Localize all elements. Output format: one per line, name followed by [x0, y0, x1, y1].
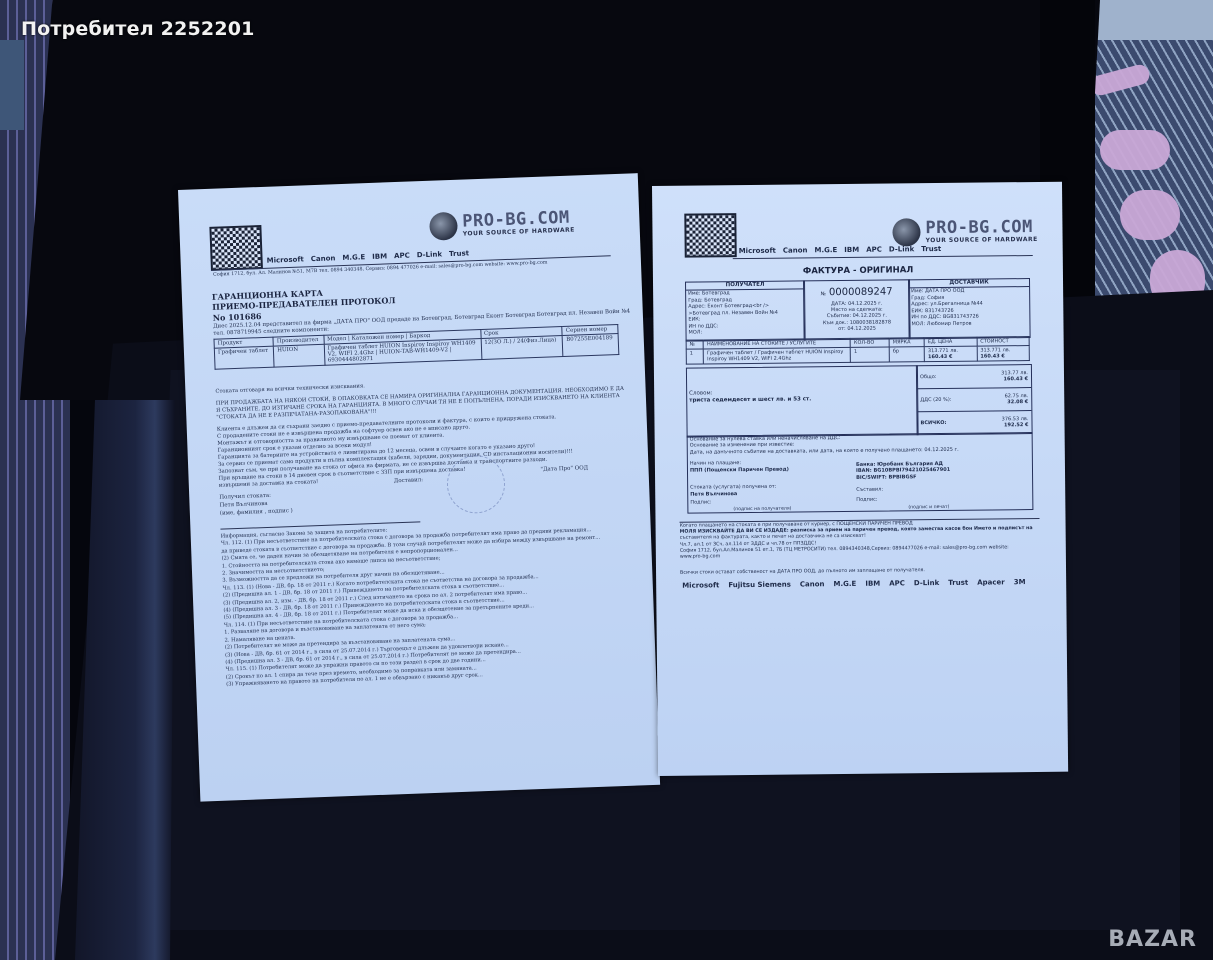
partner-logo: IBM [865, 580, 880, 588]
total-eur: 160.43 € [1001, 376, 1028, 382]
qr-code-icon [684, 213, 736, 258]
ownership-note: Всички стоки остават собственост на ДАТА… [680, 567, 925, 577]
total-row: Общо: 313.77 лв.160.43 € [917, 365, 1031, 389]
grand-total-eur: 192.52 € [1002, 422, 1029, 428]
supplier-sign-hint: (подпис и печат) [908, 504, 949, 511]
bank-details: Банка: Юробанк България АД IBAN: BG10BPB… [856, 461, 950, 481]
brand-tagline: YOUR SOURCE OF HARDWARE [926, 236, 1038, 244]
partner-logo: 3M [1014, 578, 1026, 586]
supplier-sign-label: Подпис: [856, 497, 877, 504]
column-header: КОЛ-ВО [850, 338, 889, 347]
invoice-number: 0000089247 [829, 286, 893, 298]
invoice-document: PRO-BG.COM YOUR SOURCE OF HARDWARE Micro… [652, 182, 1068, 776]
grand-total-label: ВСИЧКО: [920, 420, 946, 426]
bedsheet-top-right [1088, 0, 1213, 40]
divider [733, 255, 1033, 259]
partner-logo: Fujitsu Siemens [728, 581, 791, 590]
partner-logo: Microsoft [267, 255, 304, 264]
partner-logo: Trust [921, 245, 941, 253]
partner-logo: Trust [449, 249, 469, 258]
globe-icon [429, 212, 458, 241]
value-eur: 160.43 € [980, 353, 1025, 359]
vat-row: ДДС (20 %): 62.75 лв.32.08 € [917, 388, 1031, 412]
totals-box: Общо: 313.77 лв.160.43 € ДДС (20 %): 62.… [916, 364, 1033, 435]
vat-label: ДДС (20 %): [920, 397, 951, 403]
number-prefix: № [821, 291, 826, 297]
item-value: 313.771 лв. 160.43 € [977, 346, 1030, 362]
partner-logo: D-Link [889, 245, 914, 253]
partner-logo: Microsoft [682, 581, 719, 589]
item-unit: бр [889, 347, 924, 362]
amount-in-words-box: Словом: триста седемдесет и шест лв. и 5… [686, 365, 919, 437]
price-eur: 160.43 € [928, 354, 973, 360]
partner-logo: D-Link [914, 579, 939, 587]
bank-bic: BIC/SWIFT: BPBIBGSF [856, 474, 950, 481]
payment-details-box: Основание за нулева ставка или неначисля… [687, 432, 1034, 514]
recipient-sign-hint: (подпис на получателя) [733, 506, 791, 514]
partner-logo: APC [866, 246, 882, 254]
table-cell: Графичен таблет [214, 346, 274, 369]
partner-logos: Microsoft Canon M.G.E IBM APC D-Link Tru… [739, 245, 942, 255]
partner-logo: APC [394, 252, 410, 261]
partner-logo: Trust [948, 579, 968, 587]
invoice-items-table: № НАИМЕНОВАНИЕ НА СТОКИТЕ / УСЛУГИТЕ КОЛ… [686, 336, 1030, 365]
received-name: Петя Вълчинова [690, 491, 737, 498]
brand-name: PRO-BG.COM [925, 219, 1037, 237]
supplier-line: МОЛ: Любомир Петров [911, 320, 1029, 328]
photo-scene: PRO-BG.COM YOUR SOURCE OF HARDWARE Micro… [0, 0, 1213, 960]
row-number: 1 [686, 349, 703, 364]
qr-code-icon [209, 225, 263, 271]
invoice-footer-notes: Когато плащането на стоката е при получа… [680, 520, 1033, 561]
delivered-label: Доставил: [394, 477, 424, 485]
invoice-title: ФАКТУРА - ОРИГИНАЛ [803, 265, 914, 276]
partner-logo: M.G.E [814, 246, 837, 254]
item-qty: 1 [850, 347, 889, 362]
vat-eur: 32.08 € [1005, 399, 1029, 405]
partner-logo: Microsoft [739, 247, 776, 255]
item-unit-price: 313.771 лв. 160.43 € [924, 346, 977, 362]
pro-bg-logo: PRO-BG.COM YOUR SOURCE OF HARDWARE [429, 208, 575, 241]
column-header: № [686, 340, 703, 349]
invoice-ref-date: от: 04.12.2025 [804, 325, 909, 332]
partner-logo: Canon [311, 254, 336, 263]
total-label: Общо: [920, 374, 937, 380]
grand-total-row: ВСИЧКО: 376.53 лв.192.52 € [917, 411, 1031, 434]
partner-logo: Apacer [977, 578, 1005, 586]
table-cell: Графичен таблет HUION Inspiroy Inspiroy … [324, 339, 482, 366]
user-title: Потребител 2252201 [21, 18, 255, 40]
partner-logo: Canon [800, 580, 825, 588]
recipient-sign-label: Подпис: [690, 499, 711, 506]
fabric-sheet-left [0, 40, 24, 130]
consumer-law-info: Информация, съгласно Закона за защита на… [221, 518, 646, 689]
document-number: No 101686 [213, 311, 262, 323]
table-cell: В07255Е004189 [563, 333, 619, 356]
payment-method: ППП (Пощенски Паричен Превод) [690, 467, 789, 475]
pro-bg-logo: PRO-BG.COM YOUR SOURCE OF HARDWARE [892, 217, 1037, 247]
table-cell: HUION [274, 344, 325, 367]
invoice-meta-box: № 0000089247 ДАТА: 04.12.2025 г. Място н… [803, 279, 911, 340]
table-cell: 12(ЗО Л.) / 24(Физ.Лица) [481, 336, 564, 360]
composed-label: Съставил: [856, 487, 883, 494]
table-row: 1 Графичен таблет / Графичен таблет HUIO… [686, 346, 1029, 365]
partner-logo: IBM [372, 252, 387, 261]
recipient-box: ПОЛУЧАТЕЛ Име: Ботевград Град: Ботевград… [685, 280, 806, 341]
partner-logo: Canon [783, 246, 808, 254]
footer-partner-logos: Microsoft Fujitsu Siemens Canon M.G.E IB… [682, 578, 1025, 590]
partner-logo: M.G.E [342, 253, 365, 262]
partner-logo: D-Link [417, 250, 443, 259]
box-rail [75, 400, 175, 960]
supplier-box: ДОСТАВЧИК Име: ДАТА ПРО ООД Град: София … [908, 278, 1031, 339]
column-header: МЯРКА [889, 338, 924, 347]
received-hint: (име, фамилия , подпис ) [220, 508, 293, 518]
partner-logo: M.G.E [833, 580, 856, 588]
fabric-pattern [1100, 130, 1170, 170]
globe-icon [892, 218, 920, 246]
warranty-card-document: PRO-BG.COM YOUR SOURCE OF HARDWARE Micro… [178, 173, 660, 801]
partner-logo: APC [889, 579, 905, 587]
watermark-logo: BAZAR [1108, 927, 1197, 952]
fabric-pattern [1120, 190, 1180, 240]
partner-logo: IBM [844, 246, 859, 254]
company-address: София 1712, бул. Ал. Малинов №51, М7В те… [213, 260, 547, 279]
words-value: триста седемдесет и шест лв. и 53 ст. [687, 395, 917, 404]
recipient-line: МОЛ: [689, 328, 805, 336]
item-name: Графичен таблет / Графичен таблет HUION … [703, 347, 850, 364]
